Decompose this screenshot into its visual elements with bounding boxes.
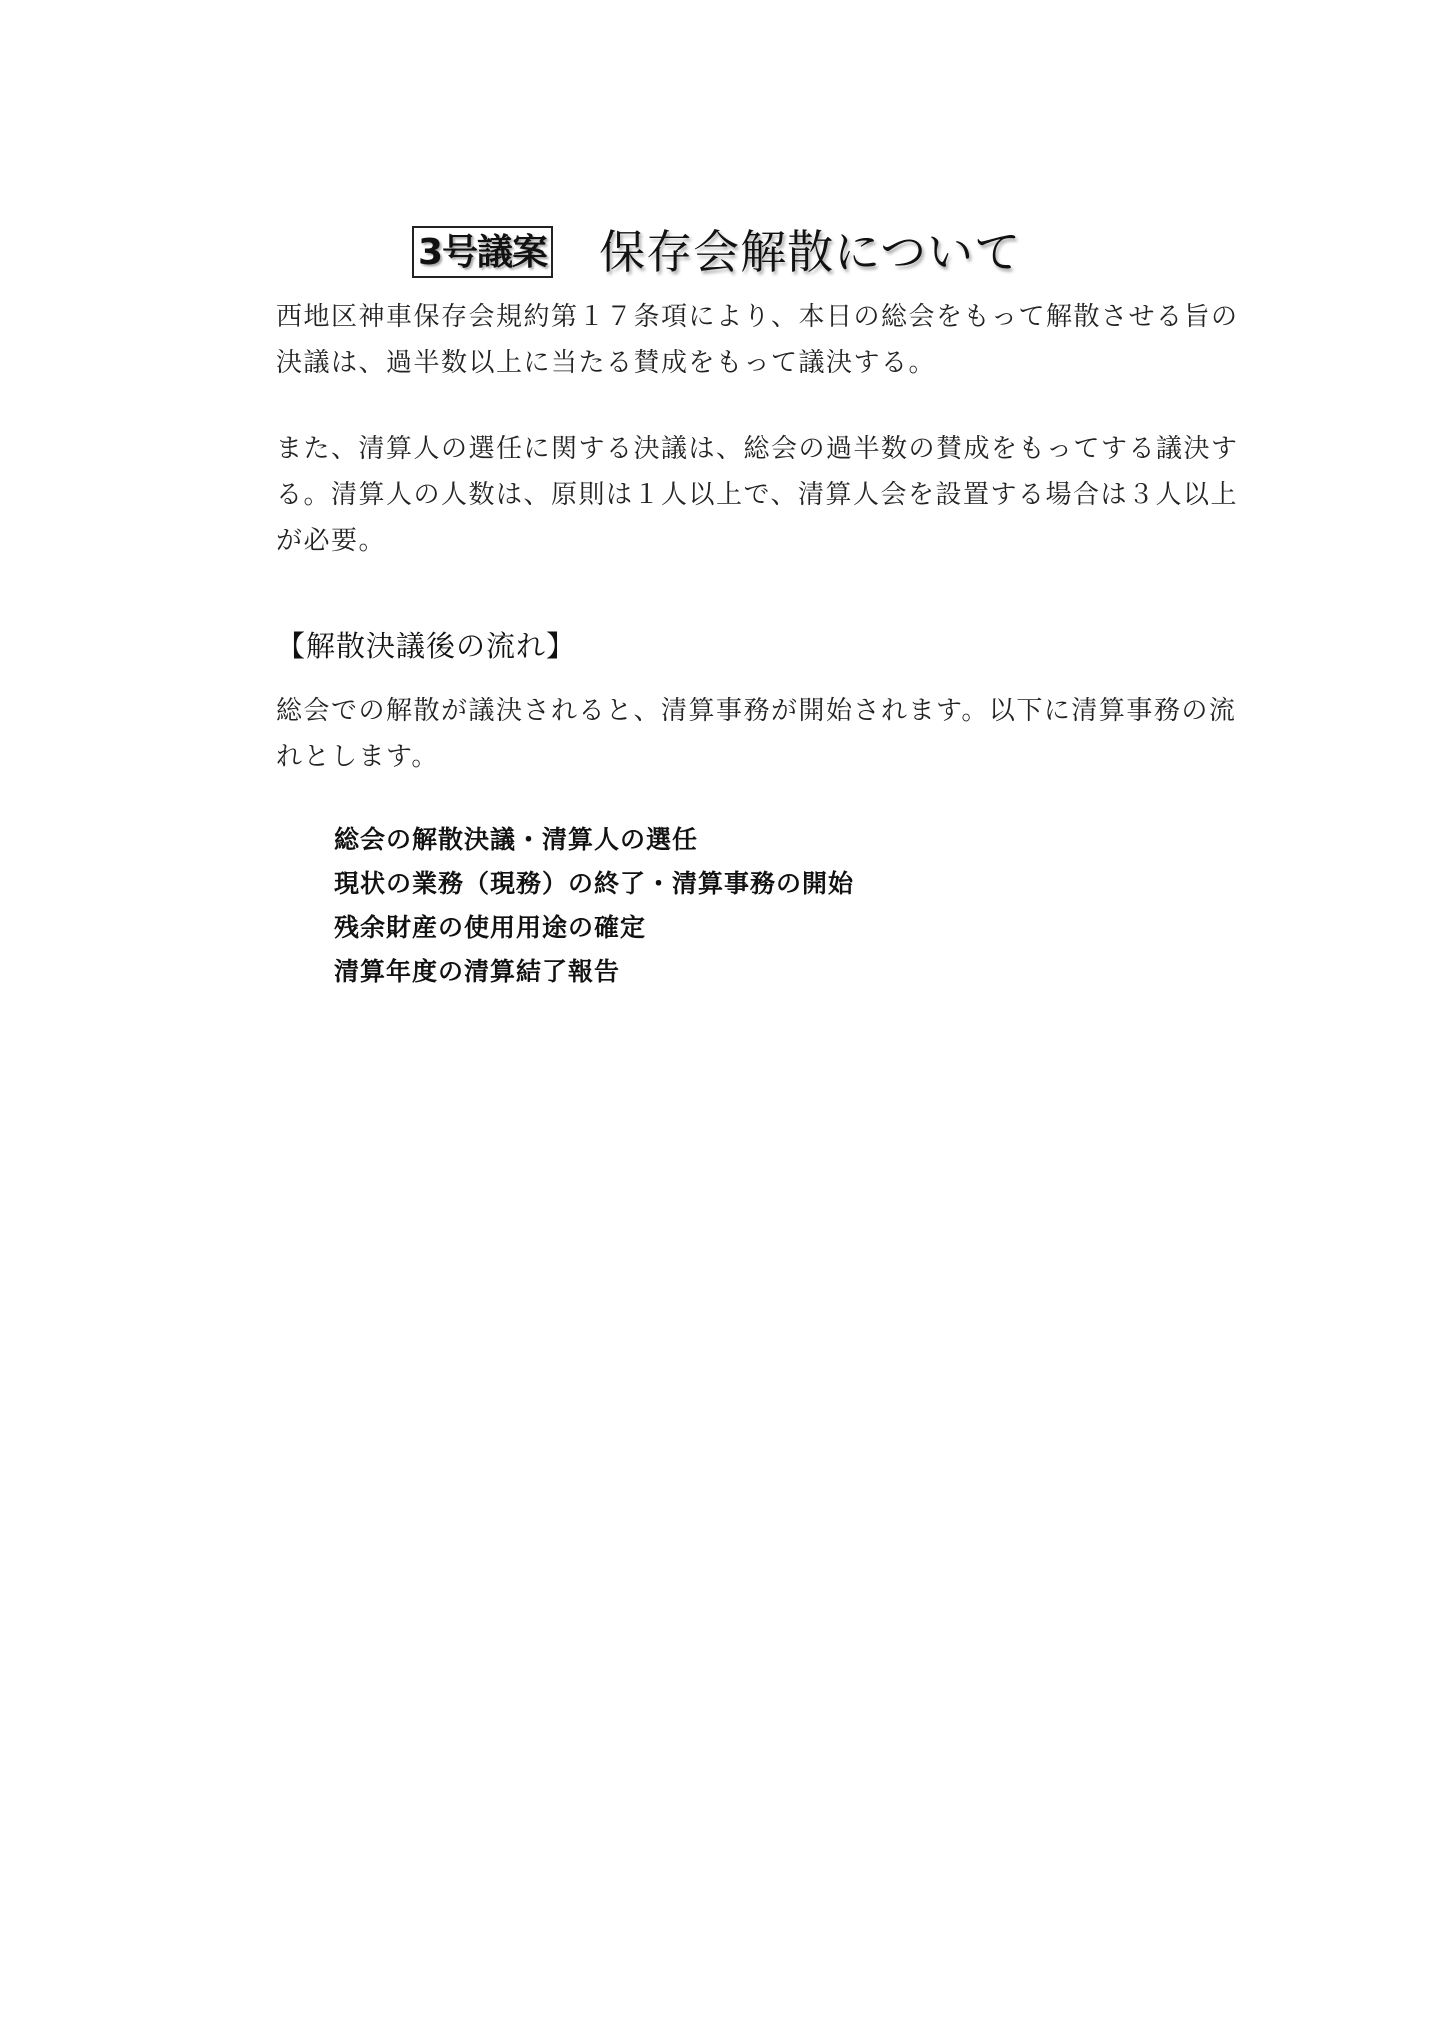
title-row: 3号議案 保存会解散について: [412, 222, 1021, 282]
paragraph-flow-intro: 総会での解散が議決されると、清算事務が開始されます。以下に清算事務の流れとします…: [276, 688, 1246, 780]
flow-list: 総会の解散決議・清算人の選任 現状の業務（現務）の終了・清算事務の開始 残余財産…: [334, 818, 854, 994]
flow-item: 残余財産の使用用途の確定: [334, 906, 854, 950]
document-page: 3号議案 保存会解散について 西地区神車保存会規約第１７条項により、本日の総会を…: [0, 0, 1440, 2036]
paragraph-dissolution-resolution: 西地区神車保存会規約第１７条項により、本日の総会をもって解散させる旨の決議は、過…: [276, 294, 1246, 386]
paragraph-liquidator-selection: また、清算人の選任に関する決議は、総会の過半数の賛成をもってする議決する。清算人…: [276, 426, 1246, 564]
bill-number-label: 3号議案: [412, 226, 553, 278]
flow-item: 清算年度の清算結了報告: [334, 950, 854, 994]
section-heading: 【解散決議後の流れ】: [276, 624, 576, 668]
flow-item: 総会の解散決議・清算人の選任: [334, 818, 854, 862]
page-title: 保存会解散について: [599, 224, 1021, 280]
flow-item: 現状の業務（現務）の終了・清算事務の開始: [334, 862, 854, 906]
